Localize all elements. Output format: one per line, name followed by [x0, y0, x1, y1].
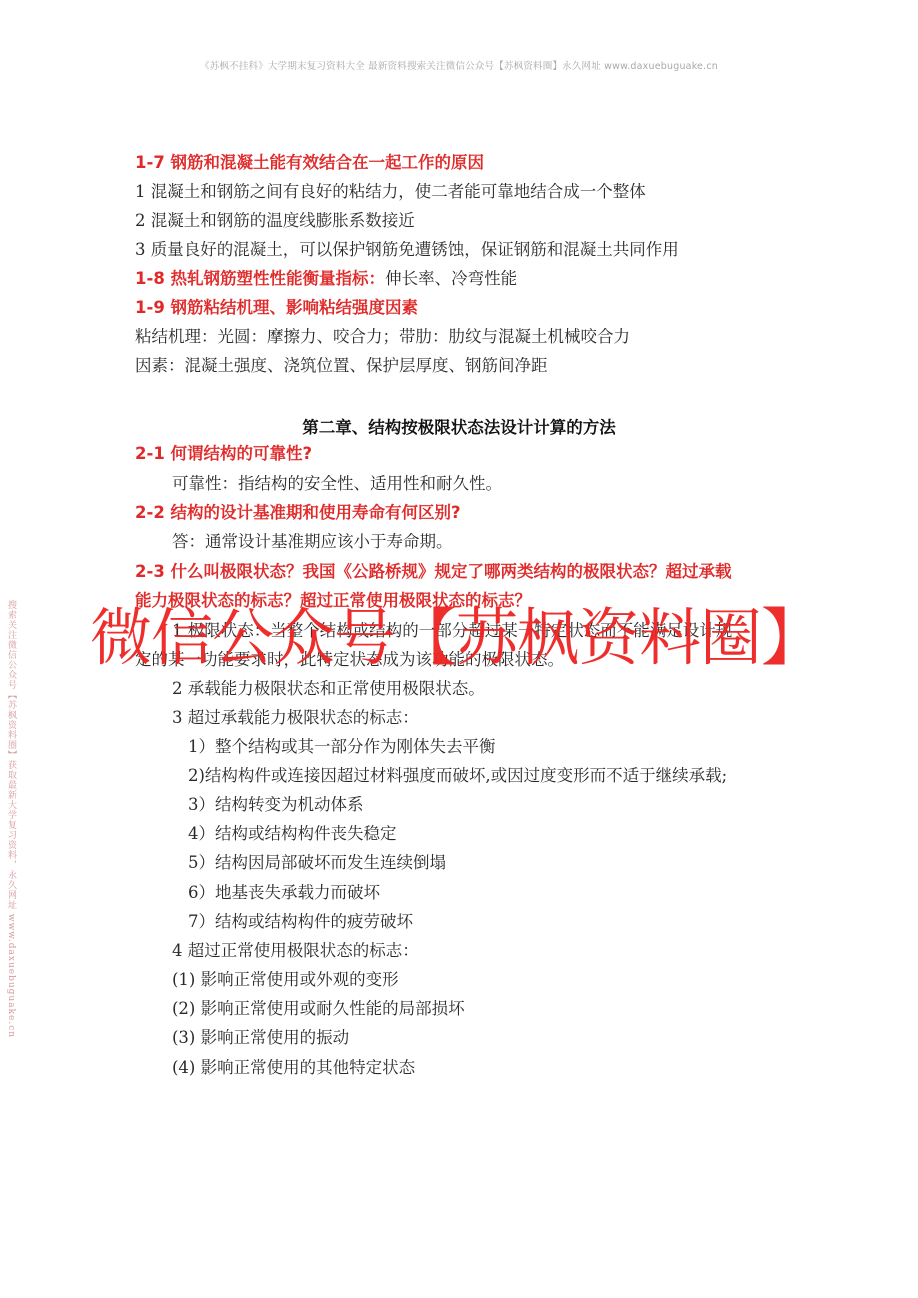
heading-2-1: 2-1 何谓结构的可靠性? [135, 443, 312, 465]
list-item: 因素：混凝土强度、浇筑位置、保护层厚度、钢筋间净距 [135, 355, 548, 377]
list-item: 2)结构构件或连接因超过材料强度而破坏,或因过度变形而不适于继续承载; [188, 765, 727, 787]
heading-1-7: 1-7 钢筋和混凝土能有效结合在一起工作的原因 [135, 152, 484, 174]
list-item: (2) 影响正常使用或耐久性能的局部损坏 [172, 998, 465, 1020]
overlay-watermark: 微信公众号【苏枫资料圈】 [90, 602, 822, 674]
list-item: 6）地基丧失承载力而破坏 [188, 882, 380, 904]
heading-2-2: 2-2 结构的设计基准期和使用寿命有何区别? [135, 502, 461, 524]
side-watermark: 搜索关注微信公众号【苏枫资料圈】获取最新大学复习资料，永久网址 www.daxu… [4, 600, 18, 1038]
list-item: 1）整个结构或其一部分作为刚体失去平衡 [188, 736, 496, 758]
paragraph-2: 2 承载能力极限状态和正常使用极限状态。 [172, 678, 485, 700]
list-item: 7）结构或结构构件的疲劳破坏 [188, 911, 413, 933]
list-item: 4）结构或结构构件丧失稳定 [188, 823, 397, 845]
list-item: (3) 影响正常使用的振动 [172, 1027, 349, 1049]
list-item: (4) 影响正常使用的其他特定状态 [172, 1057, 415, 1079]
heading-1-8-row: 1-8 热轧钢筋塑性性能衡量指标：伸长率、冷弯性能 [135, 268, 517, 290]
list-item: 1 混凝土和钢筋之间有良好的粘结力，使二者能可靠地结合成一个整体 [135, 181, 646, 203]
list-item: (1) 影响正常使用或外观的变形 [172, 969, 399, 991]
heading-2-3-line1: 2-3 什么叫极限状态？我国《公路桥规》规定了哪两类结构的极限状态？超过承载 [135, 561, 732, 583]
chapter-title: 第二章、结构按极限状态法设计计算的方法 [0, 414, 918, 438]
heading-1-9: 1-9 钢筋粘结机理、影响粘结强度因素 [135, 297, 418, 319]
list-item: 2 混凝土和钢筋的温度线膨胀系数接近 [135, 210, 415, 232]
answer-2-1: 可靠性：指结构的安全性、适用性和耐久性。 [172, 473, 502, 495]
list-item: 3 质量良好的混凝土，可以保护钢筋免遭锈蚀，保证钢筋和混凝土共同作用 [135, 239, 679, 261]
page-header-watermark: 《苏枫不挂科》大学期末复习资料大全 最新资料搜索关注微信公众号【苏枫资料圈】永久… [0, 58, 918, 72]
list-item: 粘结机理：光圆：摩擦力、咬合力；带肋：肋纹与混凝土机械咬合力 [135, 326, 630, 348]
answer-1-8: 伸长率、冷弯性能 [385, 269, 517, 288]
list-item: 3）结构转变为机动体系 [188, 794, 364, 816]
list-item: 5）结构因局部破坏而发生连续倒塌 [188, 852, 446, 874]
paragraph-3: 3 超过承载能力极限状态的标志： [172, 707, 419, 729]
answer-2-2: 答：通常设计基准期应该小于寿命期。 [172, 531, 453, 553]
heading-1-8: 1-8 热轧钢筋塑性性能衡量指标： [135, 269, 385, 288]
paragraph-4: 4 超过正常使用极限状态的标志： [172, 940, 419, 962]
